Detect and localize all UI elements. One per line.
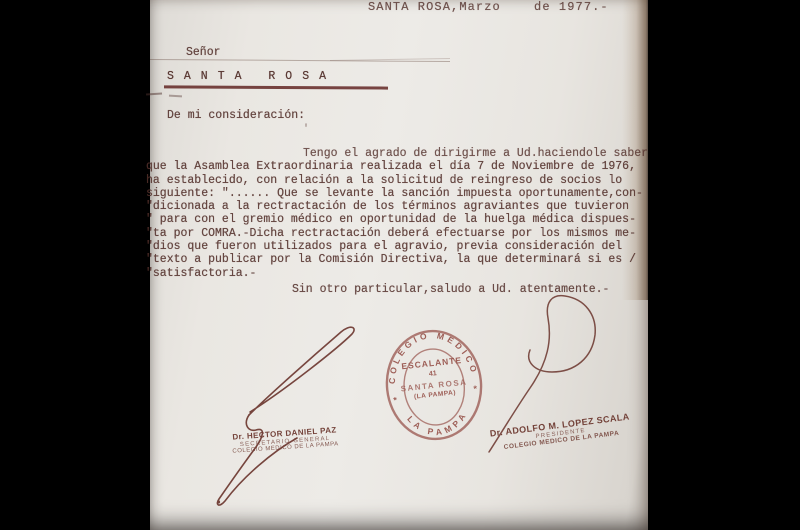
recipient-name: SANTA ROSA <box>167 70 336 83</box>
body-line: que la Asamblea Extraordinaria realizada… <box>146 160 648 173</box>
photo-stage: SANTA ROSA,Marzo de 1977.- Señor SANTA R… <box>0 0 800 530</box>
stray-ink-mark: ' <box>303 123 309 136</box>
dateline: SANTA ROSA,Marzo de 1977.- <box>368 1 609 14</box>
body-line: " para con el gremio médico en oportunid… <box>146 213 648 226</box>
greeting-line: De mi consideración: <box>167 109 305 122</box>
body-line: siguiente: "...... Que se levante la san… <box>146 187 648 200</box>
body-line: "satisfactoria.- <box>146 267 648 280</box>
closing-line: Sin otro particular,saludo a Ud. atentam… <box>292 283 609 296</box>
body-line: "texto a publicar por la Comisión Direct… <box>146 253 648 266</box>
body-line: ha establecido, con relación a la solici… <box>146 174 648 187</box>
salutation: Señor <box>186 46 221 59</box>
letter-body: Tengo el agrado de dirigirme a Ud.hacien… <box>146 147 648 280</box>
body-line: Tengo el agrado de dirigirme a Ud.hacien… <box>146 147 648 160</box>
body-line: "dicionada a la rectractación de los tér… <box>146 200 648 213</box>
body-line: "ta por COMRA.-Dicha rectractación deber… <box>146 227 648 240</box>
body-line: "dios que fueron utilizados para el agra… <box>146 240 648 253</box>
